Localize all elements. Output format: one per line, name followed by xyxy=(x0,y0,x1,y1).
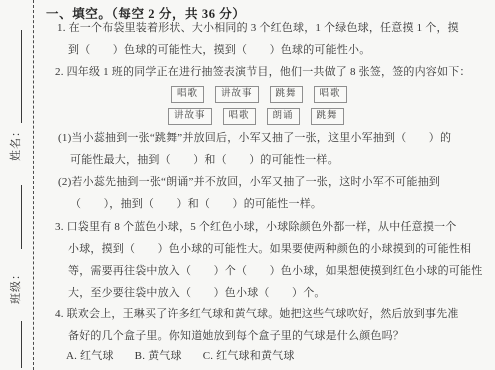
q1-line-2: 到（ ）色球的可能性大，摸到（ ）色球的可能性小。 xyxy=(68,44,370,57)
q3-line-4: 大，至少要往袋中放入（ ）色小球（ ）个。 xyxy=(68,287,326,300)
q3-line-1: 3. 口袋里有 8 个蓝色小球，5 个红色小球，小球除颜色外都一样，从中任意摸一… xyxy=(55,221,456,234)
q4-option-b: B. 黄气球 xyxy=(135,350,182,363)
q2-sub2-line-2: （ ），抽到（ ）和（ ）的可能性一样。 xyxy=(70,198,322,211)
q2-intro: 2. 四年级 1 班的同学正在进行抽签表演节目，他们一共做了 8 张签，签的内容… xyxy=(55,66,471,79)
name-label: 姓名： xyxy=(9,123,23,163)
q1-line-1: 1. 在一个布袋里装着形状、大小相同的 3 个红色球，1 个绿色球，任意摸 1 … xyxy=(57,22,459,35)
q4-options: A. 红气球 B. 黄气球 C. 红气球和黄气球 xyxy=(66,350,295,363)
card-row-2: 讲故事 唱歌 朗诵 跳舞 xyxy=(168,108,344,125)
lot-card: 讲故事 xyxy=(215,86,259,103)
class-fill-line xyxy=(21,185,22,249)
q3-line-3: 等，需要再往袋中放入（ ）个（ ）色小球，如果想使摸到红色小球的可能性 xyxy=(68,265,482,278)
binding-dashed-line xyxy=(33,0,34,370)
name-fill-line xyxy=(21,30,22,123)
q4-line-2: 备好的几个盒子里。你知道她放到每个盒子里的气球是什么颜色吗？ xyxy=(68,330,404,343)
lot-card: 唱歌 xyxy=(223,108,256,125)
class-label: 班级： xyxy=(9,266,23,306)
q4-option-c: C. 红气球和黄气球 xyxy=(203,350,295,363)
lot-card: 朗诵 xyxy=(267,108,300,125)
card-row-1: 唱歌 讲故事 跳舞 唱歌 xyxy=(171,86,347,103)
lot-card: 唱歌 xyxy=(314,86,347,103)
worksheet-page: 姓名： 班级： 一、填空。（每空 2 分，共 36 分） 1. 在一个布袋里装着… xyxy=(0,0,495,370)
section-title: 一、填空。（每空 2 分，共 36 分） xyxy=(46,4,246,22)
lot-card: 跳舞 xyxy=(270,86,303,103)
lot-card: 讲故事 xyxy=(168,108,212,125)
school-fill-line xyxy=(21,321,22,368)
q2-sub1-line-1: (1)当小蕊抽到一张“跳舞”并放回后，小军又抽了一张，这里小军抽到（ ）的 xyxy=(58,132,451,145)
q2-sub1-line-2: 可能性最大，抽到（ ）和（ ）的可能性一样。 xyxy=(70,154,339,167)
lot-card: 唱歌 xyxy=(171,86,204,103)
q2-sub2-line-1: (2)若小蕊先抽到一张“朗诵”并不放回，小军又抽了一张，这时小军不可能抽到 xyxy=(58,176,440,189)
q4-option-a: A. 红气球 xyxy=(66,350,114,363)
lot-card: 跳舞 xyxy=(311,108,344,125)
q3-line-2: 小球，摸到（ ）色小球的可能性大。如果要使两种颜色的小球摸到的可能性相 xyxy=(68,243,471,256)
q4-line-1: 4. 联欢会上，王琳买了许多红气球和黄气球。她把这些气球吹好，然后放到事先准 xyxy=(55,308,459,321)
